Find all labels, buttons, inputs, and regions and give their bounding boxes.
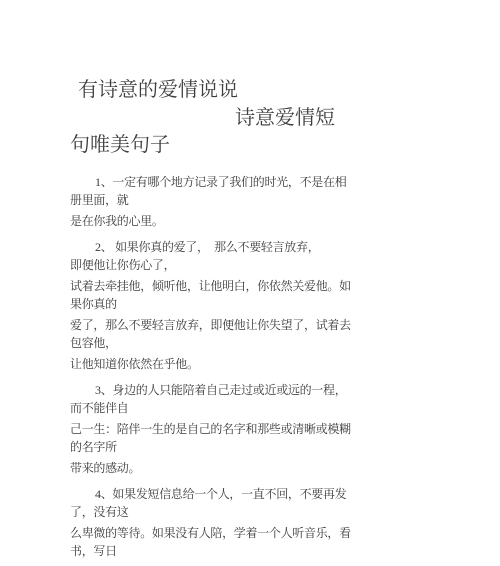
text-line: 了，没有这 — [70, 503, 365, 521]
text-line: 而不能伴自 — [70, 399, 365, 417]
article-body: 1、一定有哪个地方记录了我们的时光，不是在相 册里面，就 是在你我的心里。 2、… — [70, 173, 365, 566]
text-paragraph: 己一生：陪伴一生的是自己的名字和那些或清晰或模糊 的名字所 — [70, 420, 365, 456]
text-paragraph: 爱了，那么不要轻言放弃，即便他让你失望了，试着去 包容他， — [70, 316, 365, 352]
text-line: 3、身边的人只能陪着自己走过或近或远的一程， — [70, 381, 365, 399]
text-paragraph: 试着去牵挂他，倾听他，让他明白，你依然关爱他。如 果你真的 — [70, 277, 365, 313]
text-line: 4、如果发短信息给一个人，一直不回，不要再发 — [70, 485, 365, 503]
text-line: 试着去牵挂他，倾听他，让他明白，你依然关爱他。如 — [70, 277, 365, 295]
page-title-line-2: 诗意爱情短 — [235, 108, 335, 128]
text-paragraph: 3、身边的人只能陪着自己走过或近或远的一程， 而不能伴自 — [70, 381, 365, 417]
text-line: 让他知道你依然在乎他。 — [70, 355, 365, 373]
text-paragraph: 让他知道你依然在乎他。 — [70, 355, 365, 373]
text-line: 果你真的 — [70, 295, 365, 313]
text-paragraph: 4、如果发短信息给一个人，一直不回，不要再发 了，没有这 — [70, 485, 365, 521]
quote-section-3: 3、身边的人只能陪着自己走过或近或远的一程， 而不能伴自 己一生：陪伴一生的是自… — [70, 381, 365, 477]
article-page: 有诗意的爱情说说 诗意爱情短 句唯美句子 1、一定有哪个地方记录了我们的时光，不… — [0, 0, 500, 566]
text-line: 己一生：陪伴一生的是自己的名字和那些或清晰或模糊 — [70, 420, 365, 438]
text-paragraph: 么卑微的等待。如果没有人陪，学着一个人听音乐，看 书，写日 — [70, 524, 365, 560]
quote-section-2: 2、 如果你真的爱了， 那么不要轻言放弃， 即便他让你伤心了， 试着去牵挂他，倾… — [70, 238, 365, 373]
text-line: 即便他让你伤心了， — [70, 256, 365, 274]
text-line: 的名字所 — [70, 438, 365, 456]
page-title-line-3: 句唯美句子 — [70, 135, 170, 155]
text-line: 2、 如果你真的爱了， 那么不要轻言放弃， — [70, 238, 365, 256]
text-paragraph: 2、 如果你真的爱了， 那么不要轻言放弃， 即便他让你伤心了， — [70, 238, 365, 274]
text-line: 1、一定有哪个地方记录了我们的时光，不是在相 — [70, 173, 365, 191]
text-paragraph: 是在你我的心里。 — [70, 212, 365, 230]
text-paragraph: 1、一定有哪个地方记录了我们的时光，不是在相 册里面，就 — [70, 173, 365, 209]
text-line: 爱了，那么不要轻言放弃，即便他让你失望了，试着去 — [70, 316, 365, 334]
text-line: 是在你我的心里。 — [70, 212, 365, 230]
page-title-line-1: 有诗意的爱情说说 — [78, 80, 238, 100]
quote-section-4: 4、如果发短信息给一个人，一直不回，不要再发 了，没有这 么卑微的等待。如果没有… — [70, 485, 365, 560]
text-line: 带来的感动。 — [70, 459, 365, 477]
text-paragraph: 带来的感动。 — [70, 459, 365, 477]
quote-section-1: 1、一定有哪个地方记录了我们的时光，不是在相 册里面，就 是在你我的心里。 — [70, 173, 365, 230]
text-line: 么卑微的等待。如果没有人陪，学着一个人听音乐，看 — [70, 524, 365, 542]
text-line: 书，写日 — [70, 542, 365, 560]
text-line: 册里面，就 — [70, 191, 365, 209]
text-line: 包容他， — [70, 334, 365, 352]
